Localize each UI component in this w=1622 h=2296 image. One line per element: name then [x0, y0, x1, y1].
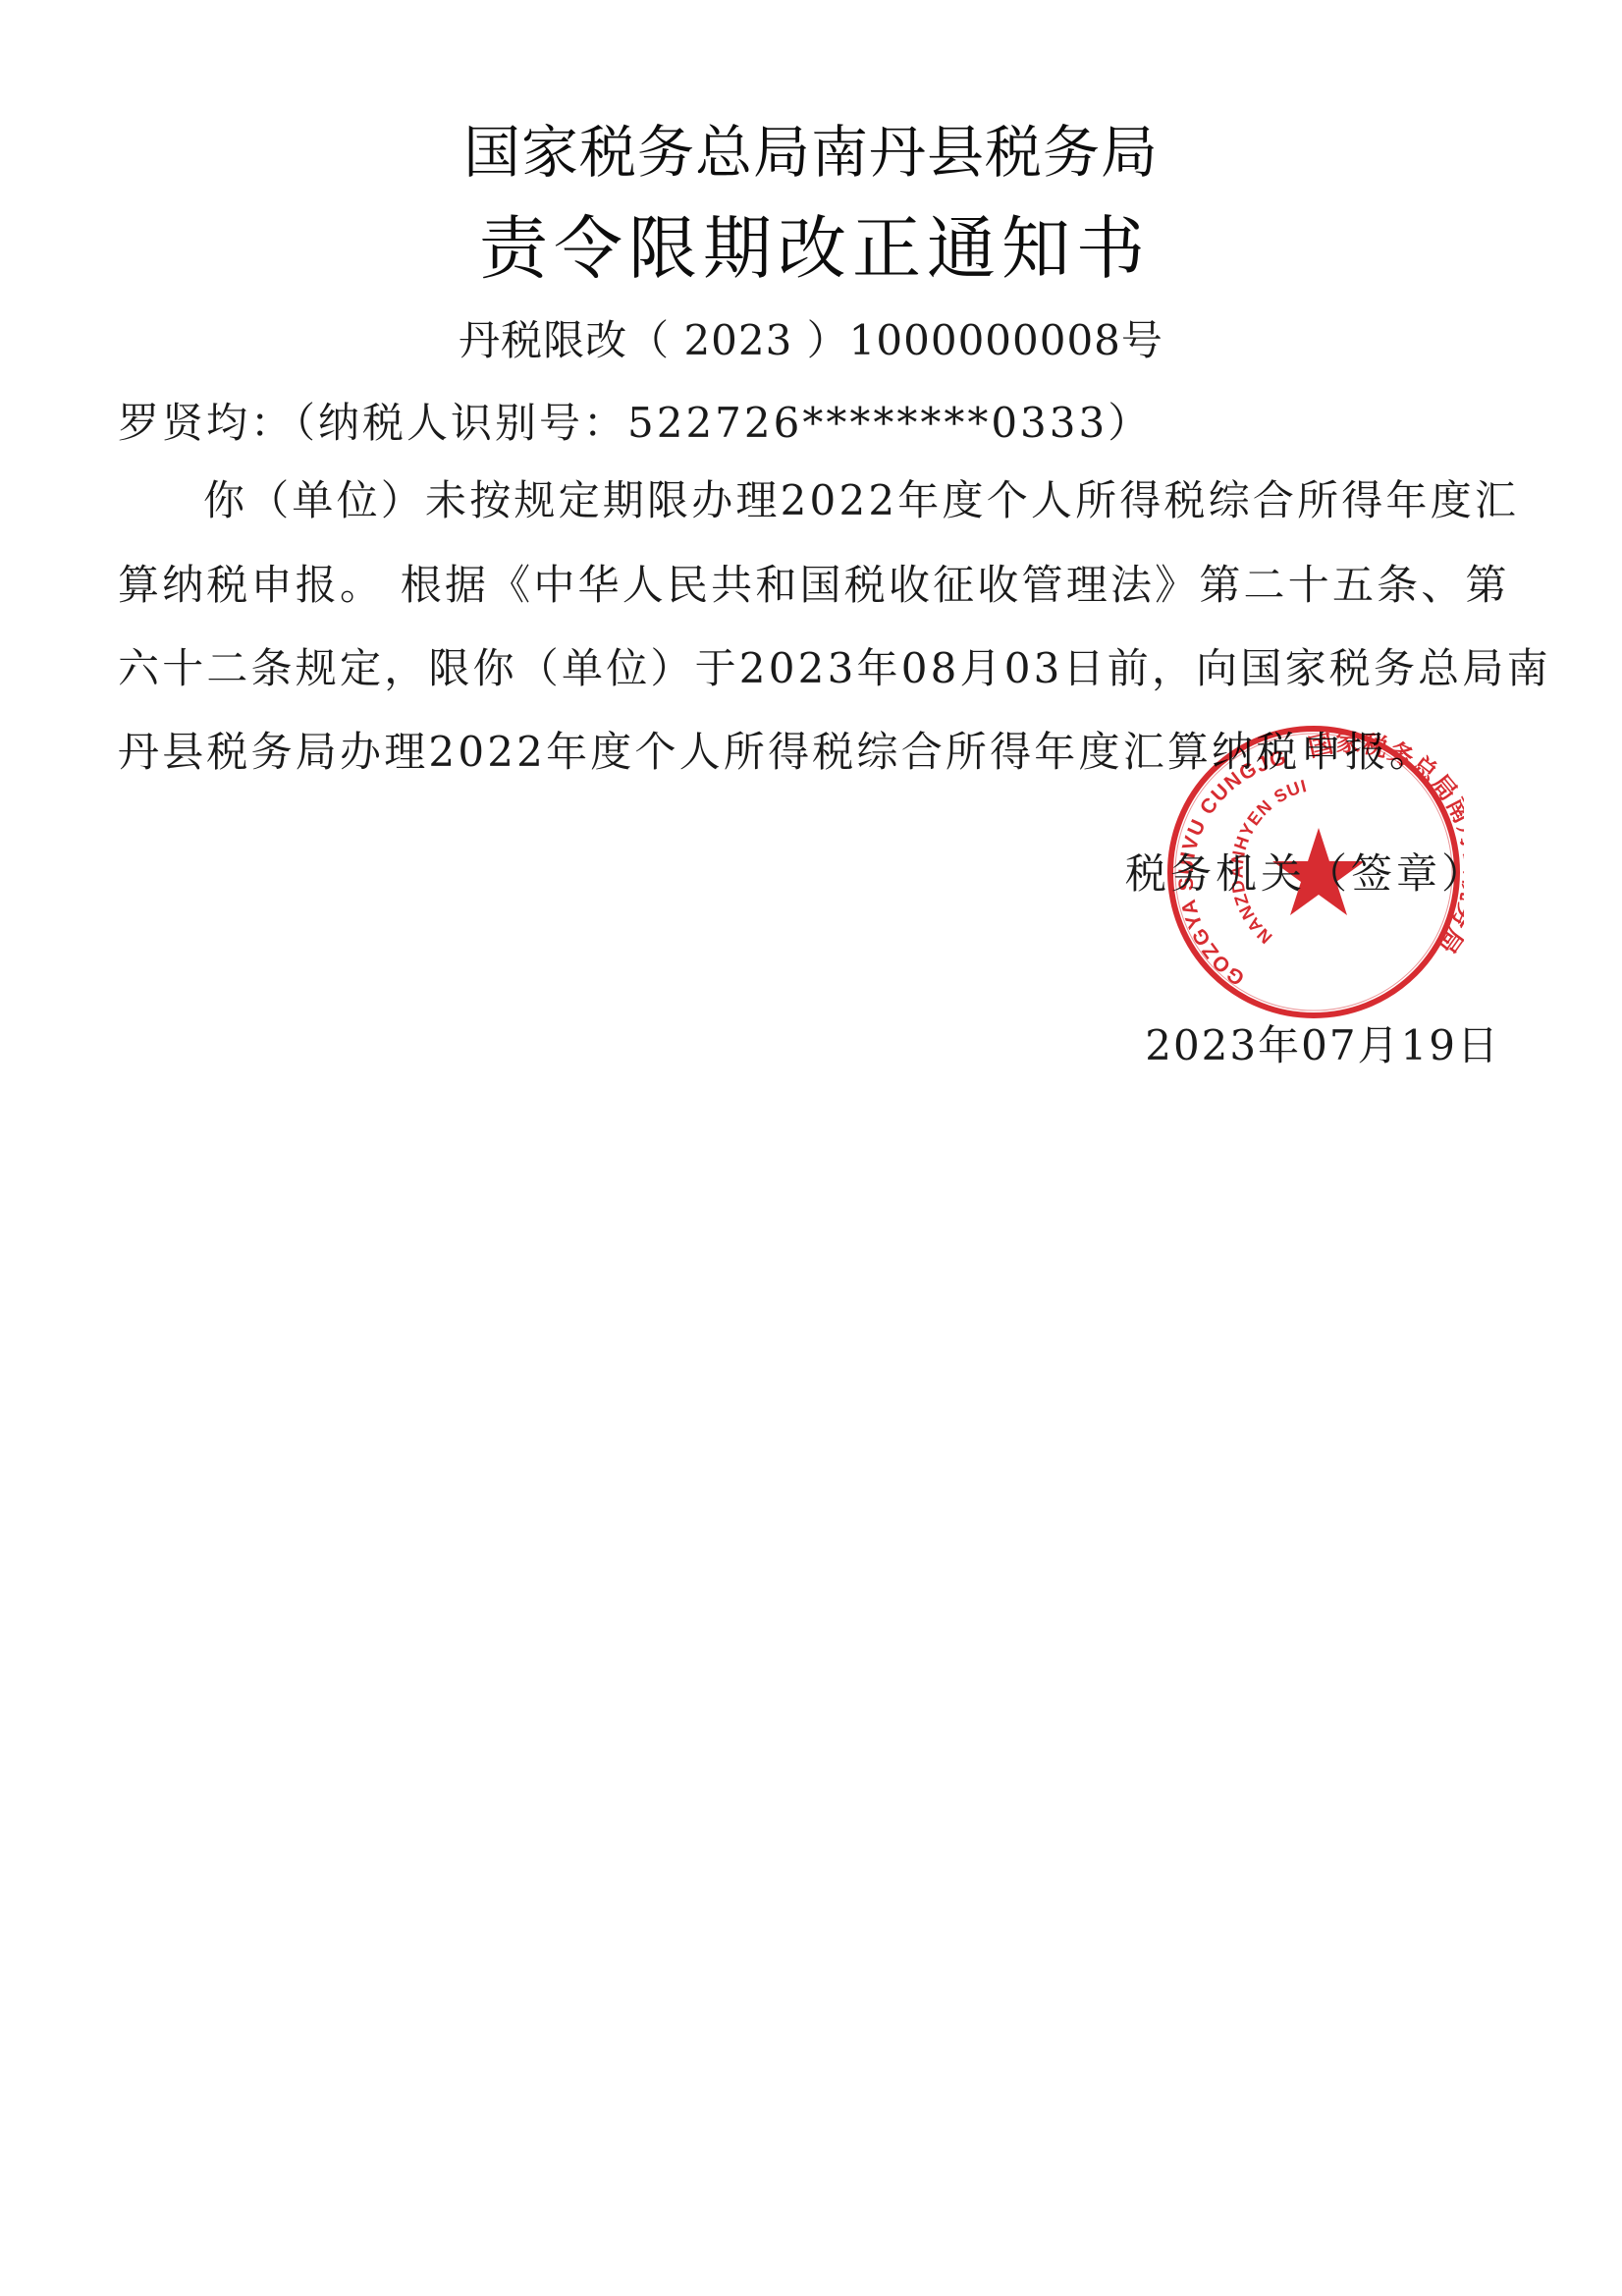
document-title: 责令限期改正通知书: [0, 214, 1622, 283]
svg-text:国家税务总局南丹县税务局: 国家税务总局南丹县税务局: [1306, 729, 1464, 959]
document-page: 国家税务总局南丹县税务局 责令限期改正通知书 丹税限改（ 2023 ）10000…: [0, 0, 1622, 2296]
issuer-title: 国家税务总局南丹县税务局: [0, 124, 1622, 181]
issue-date: 2023年07月19日: [1145, 1025, 1500, 1066]
addressee-line: 罗贤均：（纳税人识别号：522726********0333）: [118, 403, 1152, 444]
body-line-2: 算纳税申报。 根据《中华人民共和国税收征收管理法》第二十五条、第: [118, 565, 1485, 606]
body-line-3: 六十二条规定，限你（单位）于2023年08月03日前，向国家税务总局南: [118, 648, 1485, 689]
document-number: 丹税限改（ 2023 ）1000000008号: [0, 320, 1622, 361]
body-line-1: 你（单位）未按规定期限办理2022年度个人所得税综合所得年度汇: [203, 480, 1485, 521]
signature-label: 税务机关（签章）: [1125, 853, 1487, 895]
seal-chinese-outer: 国家税务总局南丹县税务局: [1306, 729, 1464, 959]
